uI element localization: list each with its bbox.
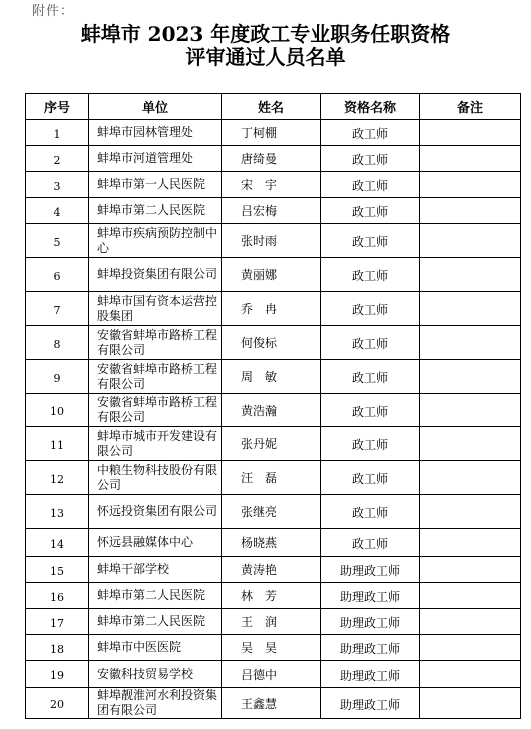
- row-qualification: 政工师: [321, 461, 420, 495]
- row-index: 16: [26, 583, 89, 609]
- row-qualification: 政工师: [321, 495, 420, 529]
- table-row: 9安徽省蚌埠市路桥工程有限公司周 敏政工师: [26, 360, 521, 394]
- row-index: 20: [26, 688, 89, 719]
- row-person-name: 黄浩瀚: [222, 394, 321, 427]
- row-qualification: 政工师: [321, 120, 420, 146]
- row-organization: 安徽省蚌埠市路桥工程有限公司: [89, 394, 222, 427]
- table-row: 15蚌埠干部学校黄涛艳助理政工师: [26, 557, 521, 583]
- row-remarks: [420, 198, 521, 224]
- row-qualification: 政工师: [321, 224, 420, 258]
- row-person-name: 王鑫慧: [222, 688, 321, 719]
- row-remarks: [420, 146, 521, 172]
- table-row: 2蚌埠市河道管理处唐绮曼政工师: [26, 146, 521, 172]
- row-organization: 蚌埠市第二人民医院: [89, 609, 222, 635]
- row-qualification: 政工师: [321, 258, 420, 292]
- row-organization: 蚌埠市中医医院: [89, 635, 222, 661]
- row-qualification: 助理政工师: [321, 557, 420, 583]
- row-remarks: [420, 120, 521, 146]
- row-person-name: 王 润: [222, 609, 321, 635]
- row-remarks: [420, 172, 521, 198]
- table-header-row: 序号 单位 姓名 资格名称 备注: [26, 94, 521, 120]
- table-row: 18蚌埠市中医医院吴 昊助理政工师: [26, 635, 521, 661]
- header-name: 姓名: [222, 94, 321, 120]
- header-remarks: 备注: [420, 94, 521, 120]
- table-row: 19安徽科技贸易学校吕德中助理政工师: [26, 661, 521, 688]
- row-remarks: [420, 224, 521, 258]
- row-organization: 蚌埠市第一人民医院: [89, 172, 222, 198]
- row-person-name: 林 芳: [222, 583, 321, 609]
- row-organization: 蚌埠市园林管理处: [89, 120, 222, 146]
- row-qualification: 政工师: [321, 360, 420, 394]
- row-index: 18: [26, 635, 89, 661]
- row-remarks: [420, 635, 521, 661]
- row-organization: 蚌埠干部学校: [89, 557, 222, 583]
- row-index: 10: [26, 394, 89, 427]
- table-row: 11蚌埠市城市开发建设有限公司张丹妮政工师: [26, 427, 521, 461]
- row-person-name: 何俊标: [222, 326, 321, 360]
- row-organization: 蚌埠市河道管理处: [89, 146, 222, 172]
- header-qualification: 资格名称: [321, 94, 420, 120]
- row-organization: 蚌埠市第二人民医院: [89, 583, 222, 609]
- row-index: 14: [26, 529, 89, 557]
- row-qualification: 政工师: [321, 172, 420, 198]
- row-index: 17: [26, 609, 89, 635]
- header-index: 序号: [26, 94, 89, 120]
- table-row: 6蚌埠投资集团有限公司黄丽娜政工师: [26, 258, 521, 292]
- table-row: 7蚌埠市国有资本运营控股集团乔 冉政工师: [26, 292, 521, 326]
- row-person-name: 吴 昊: [222, 635, 321, 661]
- table-row: 5蚌埠市疾病预防控制中心张时雨政工师: [26, 224, 521, 258]
- row-index: 11: [26, 427, 89, 461]
- table-row: 8安徽省蚌埠市路桥工程有限公司何俊标政工师: [26, 326, 521, 360]
- row-organization: 怀远县融媒体中心: [89, 529, 222, 557]
- row-remarks: [420, 360, 521, 394]
- row-person-name: 黄涛艳: [222, 557, 321, 583]
- row-index: 1: [26, 120, 89, 146]
- row-qualification: 政工师: [321, 427, 420, 461]
- row-qualification: 政工师: [321, 394, 420, 427]
- row-organization: 安徽科技贸易学校: [89, 661, 222, 688]
- row-index: 8: [26, 326, 89, 360]
- document-title-line-1: 蚌埠市 2023 年度政工专业职务任职资格: [0, 22, 531, 46]
- row-index: 5: [26, 224, 89, 258]
- row-person-name: 宋 宇: [222, 172, 321, 198]
- row-organization: 蚌埠市第二人民医院: [89, 198, 222, 224]
- row-qualification: 助理政工师: [321, 583, 420, 609]
- row-index: 9: [26, 360, 89, 394]
- row-organization: 蚌埠市城市开发建设有限公司: [89, 427, 222, 461]
- row-remarks: [420, 427, 521, 461]
- row-index: 6: [26, 258, 89, 292]
- row-remarks: [420, 609, 521, 635]
- row-remarks: [420, 258, 521, 292]
- row-person-name: 乔 冉: [222, 292, 321, 326]
- row-remarks: [420, 661, 521, 688]
- row-index: 13: [26, 495, 89, 529]
- row-qualification: 助理政工师: [321, 609, 420, 635]
- table-row: 16蚌埠市第二人民医院林 芳助理政工师: [26, 583, 521, 609]
- row-qualification: 政工师: [321, 326, 420, 360]
- row-person-name: 吕德中: [222, 661, 321, 688]
- row-person-name: 张继亮: [222, 495, 321, 529]
- row-person-name: 周 敏: [222, 360, 321, 394]
- table-row: 20蚌埠靓淮河水利投资集团有限公司王鑫慧助理政工师: [26, 688, 521, 719]
- row-person-name: 汪 磊: [222, 461, 321, 495]
- row-index: 4: [26, 198, 89, 224]
- row-person-name: 张丹妮: [222, 427, 321, 461]
- row-organization: 安徽省蚌埠市路桥工程有限公司: [89, 360, 222, 394]
- row-qualification: 助理政工师: [321, 688, 420, 719]
- row-organization: 怀远投资集团有限公司: [89, 495, 222, 529]
- approved-personnel-table: 序号 单位 姓名 资格名称 备注 1蚌埠市园林管理处丁柯棚政工师2蚌埠市河道管理…: [25, 93, 521, 719]
- row-qualification: 政工师: [321, 529, 420, 557]
- row-remarks: [420, 461, 521, 495]
- row-index: 2: [26, 146, 89, 172]
- row-index: 7: [26, 292, 89, 326]
- row-organization: 蚌埠靓淮河水利投资集团有限公司: [89, 688, 222, 719]
- row-remarks: [420, 495, 521, 529]
- attachment-label: 附件：: [32, 0, 74, 19]
- row-remarks: [420, 557, 521, 583]
- row-index: 3: [26, 172, 89, 198]
- row-organization: 蚌埠市疾病预防控制中心: [89, 224, 222, 258]
- row-organization: 蚌埠投资集团有限公司: [89, 258, 222, 292]
- row-remarks: [420, 688, 521, 719]
- row-person-name: 杨晓燕: [222, 529, 321, 557]
- row-person-name: 吕宏梅: [222, 198, 321, 224]
- row-index: 19: [26, 661, 89, 688]
- row-person-name: 丁柯棚: [222, 120, 321, 146]
- row-remarks: [420, 394, 521, 427]
- row-qualification: 政工师: [321, 146, 420, 172]
- row-organization: 安徽省蚌埠市路桥工程有限公司: [89, 326, 222, 360]
- row-organization: 蚌埠市国有资本运营控股集团: [89, 292, 222, 326]
- row-index: 15: [26, 557, 89, 583]
- table-row: 13怀远投资集团有限公司张继亮政工师: [26, 495, 521, 529]
- row-qualification: 政工师: [321, 292, 420, 326]
- table-row: 3蚌埠市第一人民医院宋 宇政工师: [26, 172, 521, 198]
- row-qualification: 助理政工师: [321, 635, 420, 661]
- row-remarks: [420, 326, 521, 360]
- document-title-line-2: 评审通过人员名单: [0, 45, 531, 69]
- header-organization: 单位: [89, 94, 222, 120]
- table-row: 17蚌埠市第二人民医院王 润助理政工师: [26, 609, 521, 635]
- table-row: 14怀远县融媒体中心杨晓燕政工师: [26, 529, 521, 557]
- table-row: 10安徽省蚌埠市路桥工程有限公司黄浩瀚政工师: [26, 394, 521, 427]
- table-row: 12中粮生物科技股份有限公司汪 磊政工师: [26, 461, 521, 495]
- row-index: 12: [26, 461, 89, 495]
- table-row: 1蚌埠市园林管理处丁柯棚政工师: [26, 120, 521, 146]
- row-person-name: 唐绮曼: [222, 146, 321, 172]
- table-row: 4蚌埠市第二人民医院吕宏梅政工师: [26, 198, 521, 224]
- row-remarks: [420, 583, 521, 609]
- row-remarks: [420, 529, 521, 557]
- row-qualification: 政工师: [321, 198, 420, 224]
- row-remarks: [420, 292, 521, 326]
- row-qualification: 助理政工师: [321, 661, 420, 688]
- row-person-name: 黄丽娜: [222, 258, 321, 292]
- row-person-name: 张时雨: [222, 224, 321, 258]
- row-organization: 中粮生物科技股份有限公司: [89, 461, 222, 495]
